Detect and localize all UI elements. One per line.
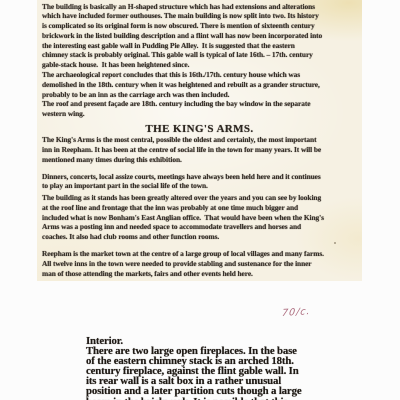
paragraph-market-town: Reepham is the market town at the centre… [42, 249, 324, 278]
paragraph-kings-arms-intro: The King's Arms is the most central, pos… [42, 135, 321, 164]
scanned-document-view: The building is basically an H-shaped st… [0, 0, 400, 400]
interior-section: Interior. There are two large open firep… [86, 336, 366, 400]
paragraph-archaeological-report: The archaeological report concludes that… [42, 70, 320, 119]
handwritten-catalogue-mark: 70/c. [281, 306, 311, 319]
paragraph-building-alterations: The building as it stands has been great… [42, 193, 324, 242]
interior-text: There are two large open fireplaces. In … [86, 346, 366, 400]
paragraph-building-structure: The building is basically an H-shaped st… [42, 2, 322, 70]
section-heading-kings-arms: THE KING'S ARMS. [37, 123, 362, 135]
scan-smudge [334, 242, 336, 244]
scanned-page: The building is basically an H-shaped st… [37, 0, 362, 281]
paragraph-social-events: Dinners, concerts, local assize courts, … [42, 172, 321, 192]
